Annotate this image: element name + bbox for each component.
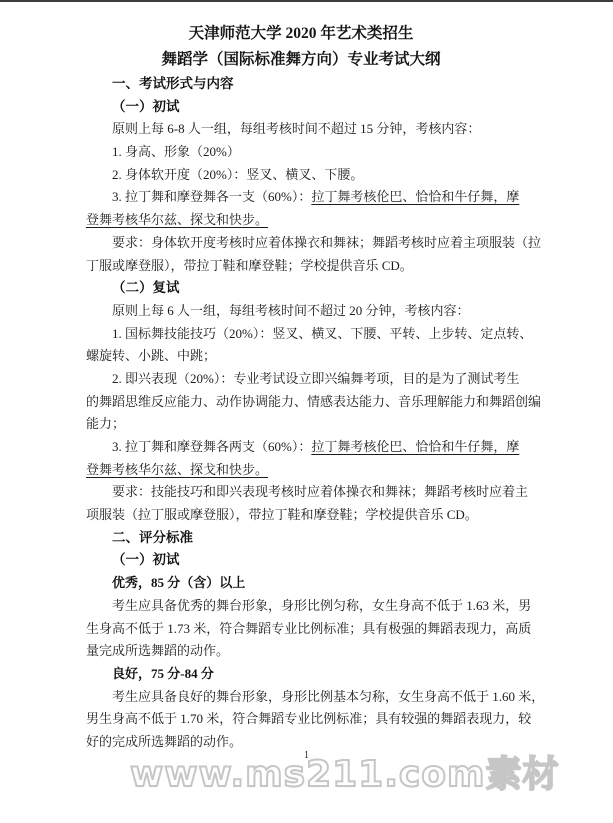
text-segment: 1. 国标舞技能技巧（20%）：竖叉、横叉、下腰、平转、上步转、定点转、 <box>112 326 532 341</box>
document-line: 能力； <box>86 413 516 436</box>
underlined-text-segment: 登舞考核华尔兹、探戈和快步。 <box>86 462 268 477</box>
document-body: 一、考试形式与内容（一）初试原则上每 6-8 人一组，每组考核时间不超过 15 … <box>86 73 516 754</box>
text-segment: 优秀，85 分（含）以上 <box>112 575 245 590</box>
document-line: 一、考试形式与内容 <box>86 73 516 96</box>
text-segment: （一）初试 <box>112 99 180 114</box>
document-line: 要求：技能技巧和即兴表现考核时应着体操衣和舞袜；舞蹈考核时应着主 <box>86 481 516 504</box>
text-segment: 考生应具备良好的舞台形象，身形比例基本匀称，女生身高不低于 1.60 米， <box>112 689 544 704</box>
text-segment: 项服装（拉丁服或摩登服），带拉丁鞋和摩登鞋；学校提供音乐 CD。 <box>86 507 478 522</box>
document-line: 1. 国标舞技能技巧（20%）：竖叉、横叉、下腰、平转、上步转、定点转、 <box>86 323 516 346</box>
text-segment: 生身高不低于 1.73 米，符合舞蹈专业比例标准；具有极强的舞蹈表现力，高质 <box>86 621 531 636</box>
document-line: 男生身高不低于 1.70 米，符合舞蹈专业比例标准；具有较强的舞蹈表现力，较 <box>86 708 516 731</box>
document-line: 二、评分标准 <box>86 527 516 550</box>
text-segment: 原则上每 6-8 人一组，每组考核时间不超过 15 分钟，考核内容： <box>112 121 480 136</box>
document-line: 生身高不低于 1.73 米，符合舞蹈专业比例标准；具有极强的舞蹈表现力，高质 <box>86 618 516 641</box>
text-segment: 的舞蹈思维反应能力、动作协调能力、情感表达能力、音乐理解能力和舞蹈创编 <box>86 394 541 409</box>
document-line: 原则上每 6 人一组，每组考核时间不超过 20 分钟，考核内容： <box>86 300 516 323</box>
text-segment: 二、评分标准 <box>112 530 193 545</box>
text-segment: 螺旋转、小跳、中跳； <box>86 348 216 363</box>
text-segment: 丁服或摩登服），带拉丁鞋和摩登鞋；学校提供音乐 CD。 <box>86 258 413 273</box>
text-segment: 量完成所选舞蹈的动作。 <box>86 643 229 658</box>
text-segment: 良好，75 分-84 分 <box>112 666 214 681</box>
document-line: 2. 身体软开度（20%）：竖叉、横叉、下腰。 <box>86 164 516 187</box>
page-top-edge <box>0 0 613 2</box>
document-line: 考生应具备优秀的舞台形象，身形比例匀称，女生身高不低于 1.63 米，男 <box>86 595 516 618</box>
document-line: 2. 即兴表现（20%）：专业考试设立即兴编舞考项，目的是为了测试考生 <box>86 368 516 391</box>
page-number: 1 <box>0 750 613 761</box>
document-line: 3. 拉丁舞和摩登舞各一支（60%）：拉丁舞考核伦巴、恰恰和牛仔舞，摩 <box>86 186 516 209</box>
text-segment: 1. 身高、形象（20%） <box>112 144 240 159</box>
document-line: 量完成所选舞蹈的动作。 <box>86 640 516 663</box>
document-line: 良好，75 分-84 分 <box>86 663 516 686</box>
text-segment: 2. 身体软开度（20%）：竖叉、横叉、下腰。 <box>112 167 363 182</box>
document-line: 项服装（拉丁服或摩登服），带拉丁鞋和摩登鞋；学校提供音乐 CD。 <box>86 504 516 527</box>
document-line: 原则上每 6-8 人一组，每组考核时间不超过 15 分钟，考核内容： <box>86 118 516 141</box>
document-line: 要求：身体软开度考核时应着体操衣和舞袜；舞蹈考核时应着主项服装（拉 <box>86 232 516 255</box>
text-segment: 考生应具备优秀的舞台形象，身形比例匀称，女生身高不低于 1.63 米，男 <box>112 598 531 613</box>
text-segment: 能力； <box>86 416 125 431</box>
document-line: 登舞考核华尔兹、探戈和快步。 <box>86 209 516 232</box>
document-line: 优秀，85 分（含）以上 <box>86 572 516 595</box>
document-page: 天津师范大学 2020 年艺术类招生 舞蹈学（国际标准舞方向）专业考试大纲 一、… <box>86 21 516 754</box>
document-title-line2: 舞蹈学（国际标准舞方向）专业考试大纲 <box>86 47 516 73</box>
text-segment: 男生身高不低于 1.70 米，符合舞蹈专业比例标准；具有较强的舞蹈表现力，较 <box>86 711 531 726</box>
text-segment: 一、考试形式与内容 <box>112 76 234 91</box>
document-line: （一）初试 <box>86 549 516 572</box>
underlined-text-segment: 登舞考核华尔兹、探戈和快步。 <box>86 212 268 227</box>
text-segment: 要求：身体软开度考核时应着体操衣和舞袜；舞蹈考核时应着主项服装（拉 <box>112 235 541 250</box>
text-segment: 3. 拉丁舞和摩登舞各两支（60%）： <box>112 439 311 454</box>
text-segment: 原则上每 6 人一组，每组考核时间不超过 20 分钟，考核内容： <box>112 303 470 318</box>
document-line: 考生应具备良好的舞台形象，身形比例基本匀称，女生身高不低于 1.60 米， <box>86 686 516 709</box>
text-segment: （二）复试 <box>112 280 180 295</box>
document-line: （二）复试 <box>86 277 516 300</box>
document-line: （一）初试 <box>86 96 516 119</box>
document-title-line1: 天津师范大学 2020 年艺术类招生 <box>86 21 516 47</box>
document-line: 1. 身高、形象（20%） <box>86 141 516 164</box>
text-segment: 3. 拉丁舞和摩登舞各一支（60%）： <box>112 189 311 204</box>
document-line: 丁服或摩登服），带拉丁鞋和摩登鞋；学校提供音乐 CD。 <box>86 255 516 278</box>
text-segment: （一）初试 <box>112 552 180 567</box>
document-line: 的舞蹈思维反应能力、动作协调能力、情感表达能力、音乐理解能力和舞蹈创编 <box>86 391 516 414</box>
document-line: 3. 拉丁舞和摩登舞各两支（60%）：拉丁舞考核伦巴、恰恰和牛仔舞，摩 <box>86 436 516 459</box>
underlined-text-segment: 拉丁舞考核伦巴、恰恰和牛仔舞，摩 <box>311 189 519 204</box>
document-line: 登舞考核华尔兹、探戈和快步。 <box>86 459 516 482</box>
text-segment: 2. 即兴表现（20%）：专业考试设立即兴编舞考项，目的是为了测试考生 <box>112 371 519 386</box>
document-line: 螺旋转、小跳、中跳； <box>86 345 516 368</box>
underlined-text-segment: 拉丁舞考核伦巴、恰恰和牛仔舞，摩 <box>311 439 519 454</box>
text-segment: 要求：技能技巧和即兴表现考核时应着体操衣和舞袜；舞蹈考核时应着主 <box>112 484 528 499</box>
